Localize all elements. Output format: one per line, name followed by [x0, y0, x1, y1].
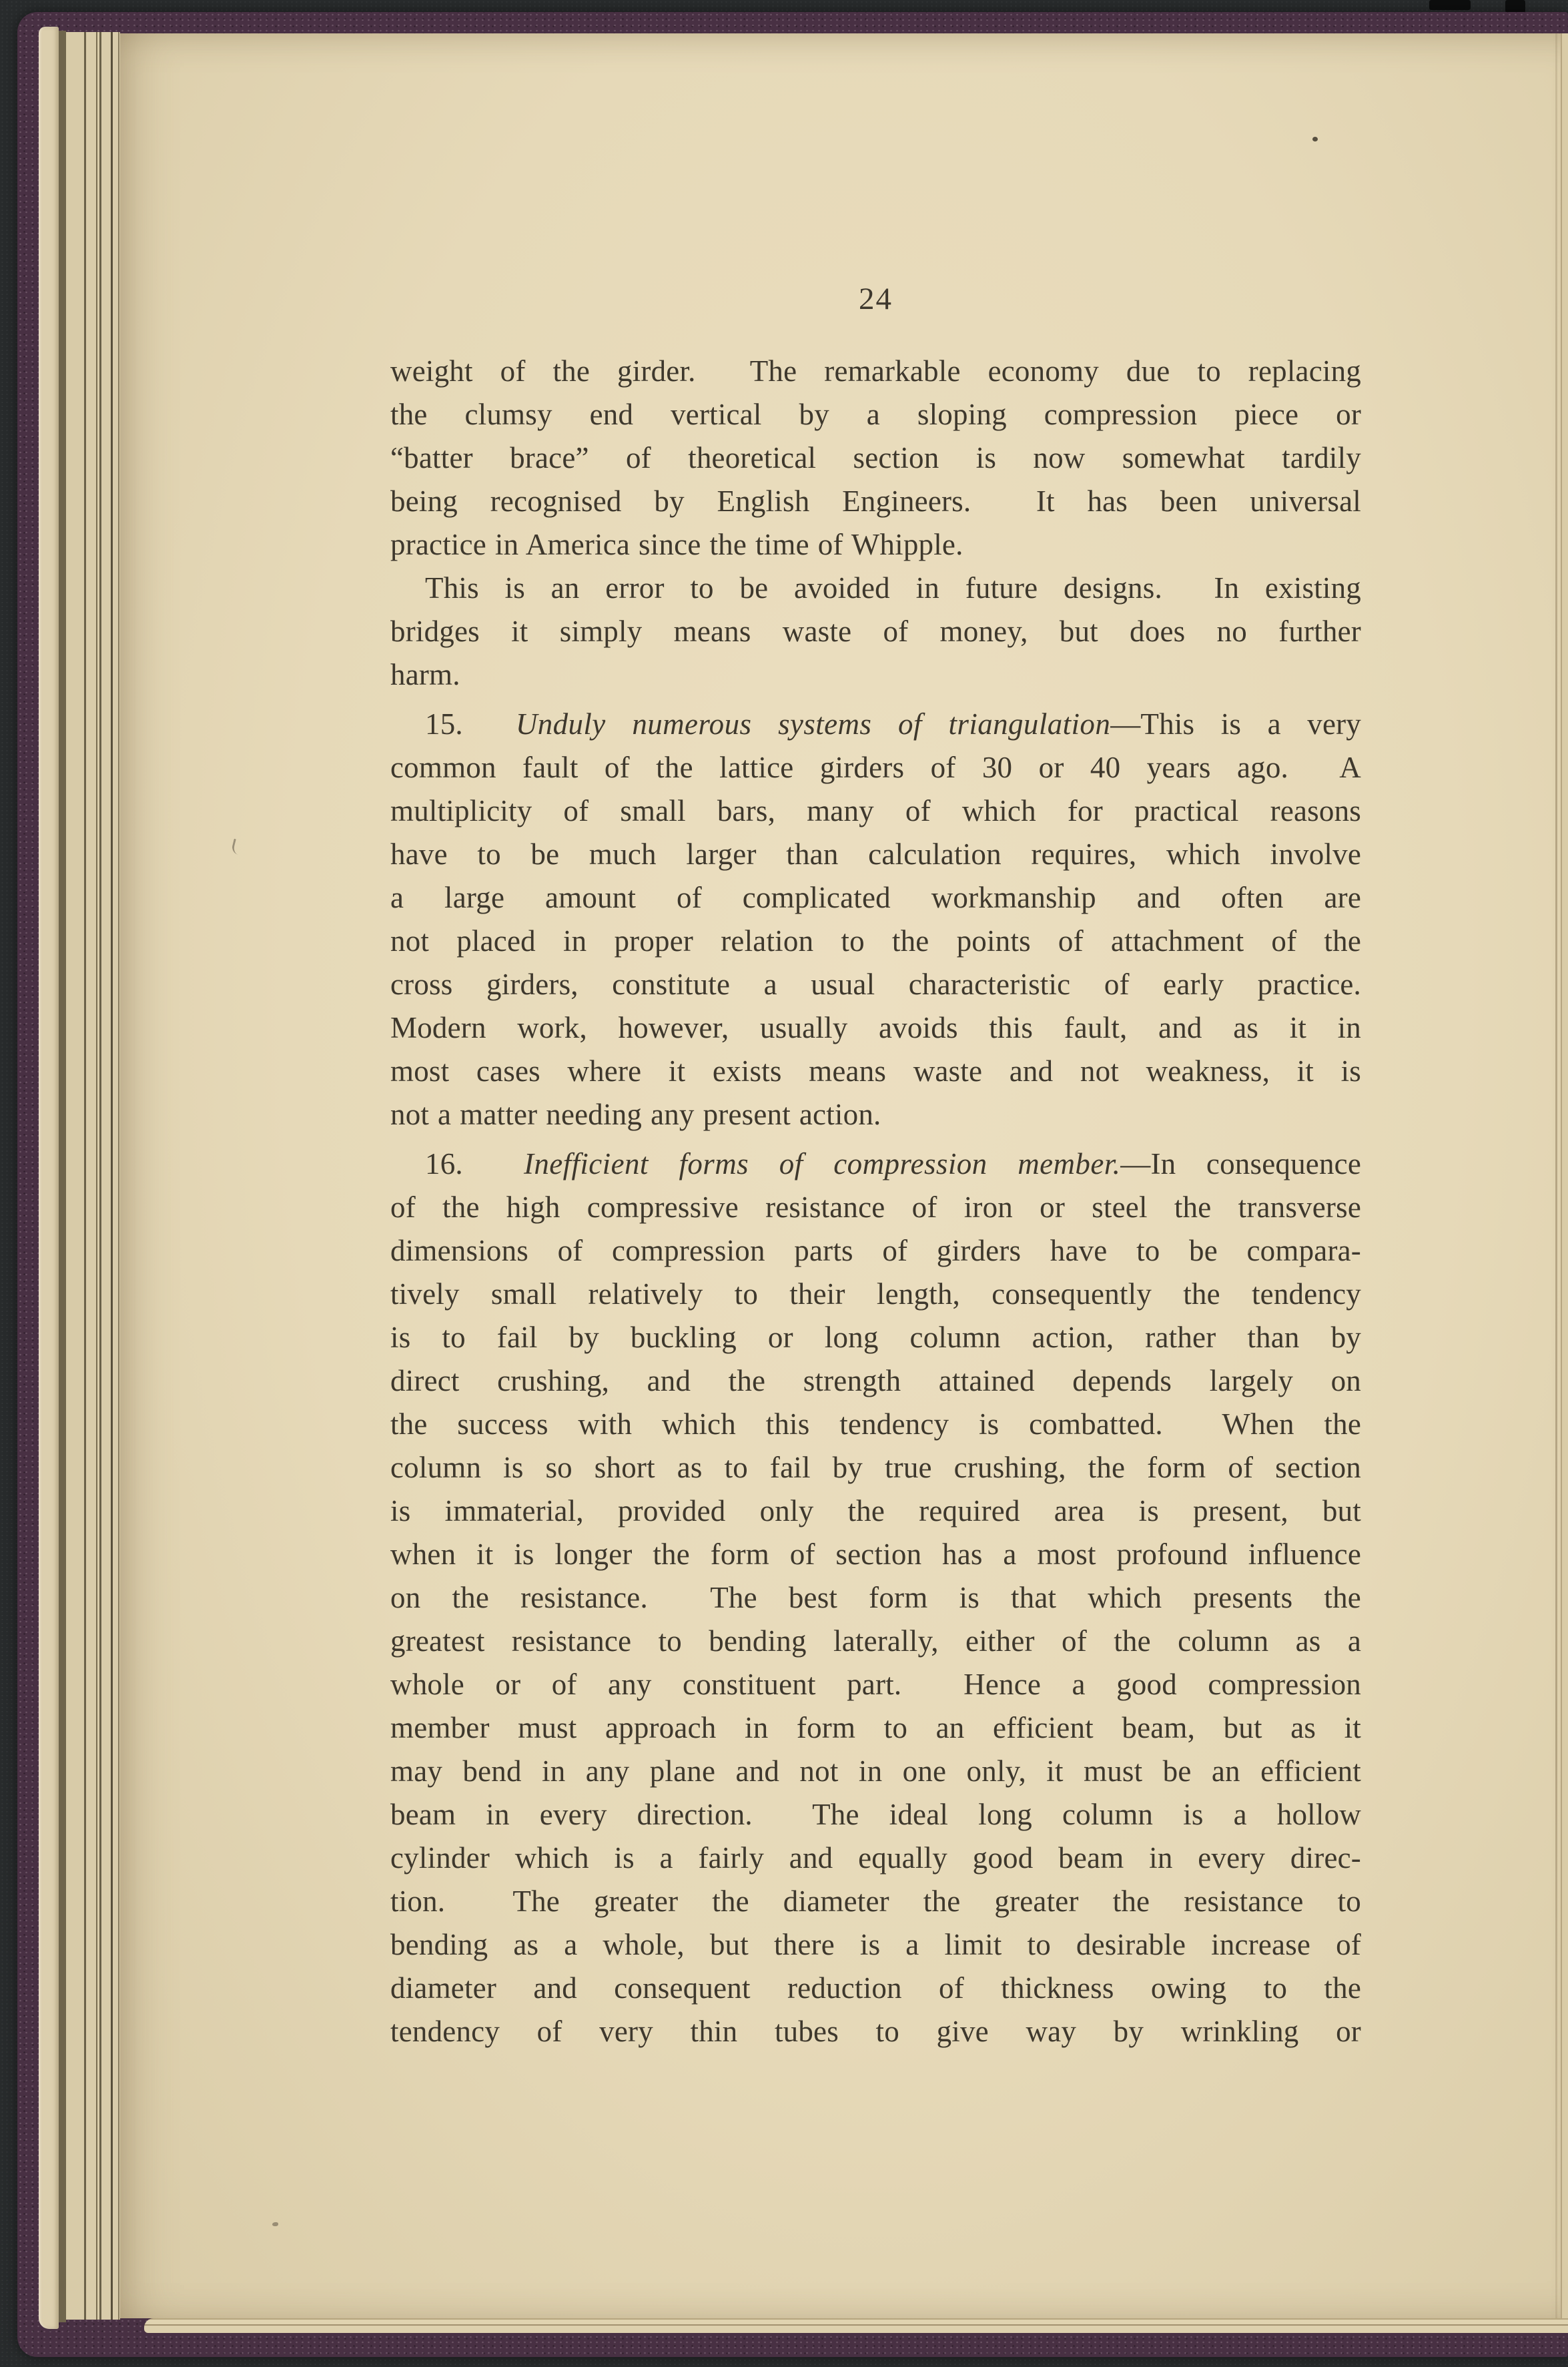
- page-right-edge: [1561, 33, 1568, 2318]
- background-artifact: [1505, 0, 1525, 13]
- text-line: practice in America since the time of Wh…: [390, 523, 1361, 567]
- text-line: member must approach in form to an effic…: [390, 1706, 1361, 1750]
- text-line: bending as a whole, but there is a limit…: [390, 1923, 1361, 1967]
- stray-pencil-mark: [231, 839, 243, 855]
- background-artifact: [1429, 0, 1471, 10]
- text-line: “batter brace” of theoretical section is…: [390, 436, 1361, 480]
- page-edge-stack: [66, 32, 120, 2320]
- page-number: 24: [390, 279, 1361, 319]
- text-line: common fault of the lattice girders of 3…: [390, 746, 1361, 789]
- scan-speck: [272, 2222, 278, 2226]
- scan-speck: [1312, 137, 1318, 141]
- text-line: is to fail by buckling or long column ac…: [390, 1316, 1361, 1359]
- text-line: multiplicity of small bars, many of whic…: [390, 789, 1361, 833]
- text-line: on the resistance. The best form is that…: [390, 1576, 1361, 1620]
- text-line: tively small relatively to their length,…: [390, 1273, 1361, 1316]
- text-line: is immaterial, provided only the require…: [390, 1489, 1361, 1533]
- text-line: not a matter needing any present action.: [390, 1093, 1361, 1136]
- text-line: greatest resistance to bending laterally…: [390, 1620, 1361, 1663]
- text-line: when it is longer the form of section ha…: [390, 1533, 1361, 1576]
- text-line: the clumsy end vertical by a sloping com…: [390, 393, 1361, 436]
- text-line: Modern work, however, usually avoids thi…: [390, 1006, 1361, 1050]
- text-line: weight of the girder. The remarkable eco…: [390, 350, 1361, 393]
- text-line: have to be much larger than calculation …: [390, 833, 1361, 876]
- text-line: bridges it simply means waste of money, …: [390, 610, 1361, 653]
- book-scan: 24 weight of the girder. The remarkable …: [0, 0, 1568, 2367]
- page-crease: [1555, 33, 1557, 2318]
- text-line: may bend in any plane and not in one onl…: [390, 1750, 1361, 1793]
- text-line: direct crushing, and the strength attain…: [390, 1359, 1361, 1403]
- text-line: column is so short as to fail by true cr…: [390, 1446, 1361, 1489]
- text-line: not placed in proper relation to the poi…: [390, 920, 1361, 963]
- text-block: weight of the girder. The remarkable eco…: [390, 350, 1361, 2053]
- text-line: 16. Inefficient forms of compression mem…: [390, 1142, 1361, 1186]
- bottom-page-edges: [144, 2318, 1568, 2333]
- text-line: cylinder which is a fairly and equally g…: [390, 1836, 1361, 1880]
- text-line: diameter and consequent reduction of thi…: [390, 1967, 1361, 2010]
- text-line: 15. Unduly numerous systems of triangula…: [390, 703, 1361, 746]
- text-line: a large amount of complicated workmanshi…: [390, 876, 1361, 920]
- book-page: 24 weight of the girder. The remarkable …: [120, 33, 1568, 2318]
- text-line: whole or of any constituent part. Hence …: [390, 1663, 1361, 1706]
- text-line: cross girders, constitute a usual charac…: [390, 963, 1361, 1006]
- text-line: harm.: [390, 653, 1361, 697]
- text-line: being recognised by English Engineers. I…: [390, 480, 1361, 523]
- text-line: tion. The greater the diameter the great…: [390, 1880, 1361, 1923]
- page-edge-deckle: [39, 27, 59, 2329]
- text-line: tendency of very thin tubes to give way …: [390, 2010, 1361, 2053]
- text-line: of the high compressive resistance of ir…: [390, 1186, 1361, 1229]
- text-line: the success with which this tendency is …: [390, 1403, 1361, 1446]
- text-line: most cases where it exists means waste a…: [390, 1050, 1361, 1093]
- page-edge-shadow: [59, 31, 66, 2322]
- text-line: beam in every direction. The ideal long …: [390, 1793, 1361, 1836]
- text-line: dimensions of compression parts of girde…: [390, 1229, 1361, 1273]
- text-line: This is an error to be avoided in future…: [390, 567, 1361, 610]
